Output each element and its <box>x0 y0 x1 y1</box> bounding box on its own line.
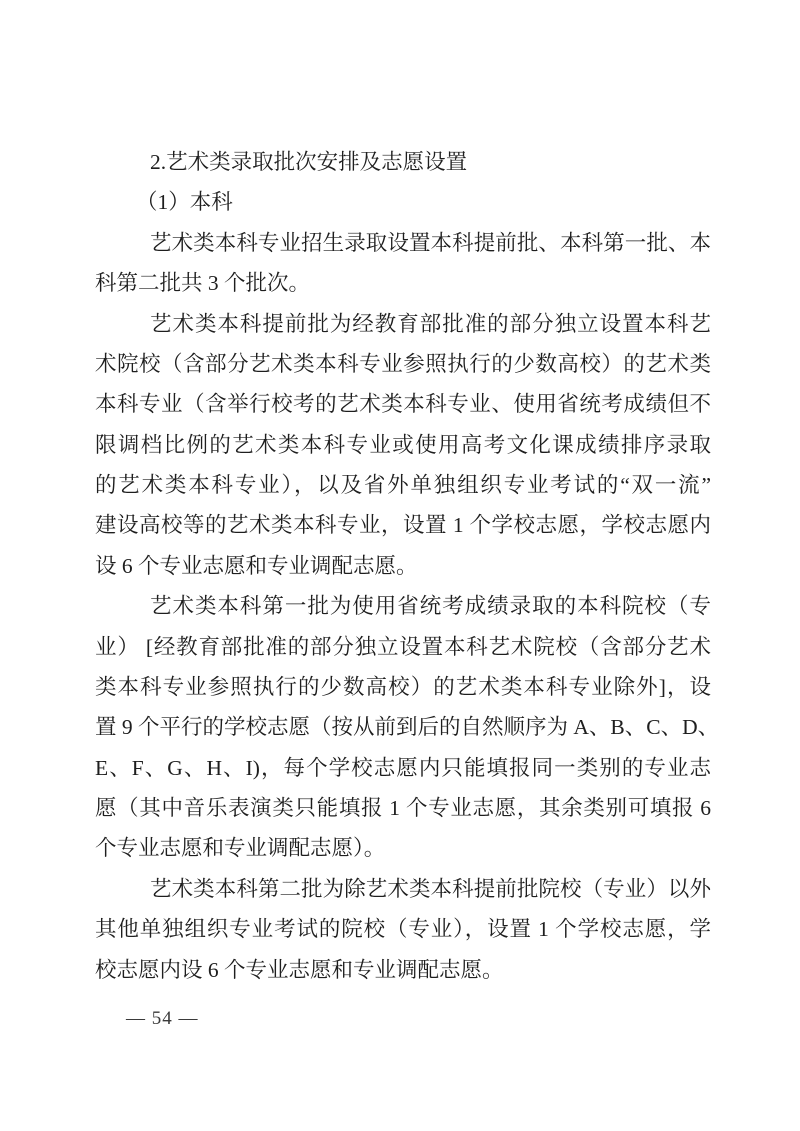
body-line: 设 6 个专业志愿和专业调配志愿。 <box>95 546 711 586</box>
body-line: 科第二批共 3 个批次。 <box>95 263 711 303</box>
body-line: 术院校（含部分艺术类本科专业参照执行的少数高校）的艺术类 <box>95 344 711 384</box>
body-line: 限调档比例的艺术类本科专业或使用高考文化课成绩排序录取 <box>95 425 711 465</box>
body-line: 类本科专业参照执行的少数高校）的艺术类本科专业除外]，设 <box>95 667 711 707</box>
body-line: 艺术类本科第一批为使用省统考成绩录取的本科院校（专 <box>95 586 711 626</box>
subsection-heading: （1）本科 <box>95 182 711 222</box>
document-page: 2.艺术类录取批次安排及志愿设置（1）本科艺术类本科专业招生录取设置本科提前批、… <box>0 0 800 1131</box>
body-line: 艺术类本科专业招生录取设置本科提前批、本科第一批、本 <box>95 223 711 263</box>
body-line: E、F、G、H、I)，每个学校志愿内只能填报同一类别的专业志 <box>95 748 711 788</box>
body-text: 2.艺术类录取批次安排及志愿设置（1）本科艺术类本科专业招生录取设置本科提前批、… <box>95 142 711 990</box>
body-line: 校志愿内设 6 个专业志愿和专业调配志愿。 <box>95 950 711 990</box>
body-line: 其他单独组织专业考试的院校（专业），设置 1 个学校志愿，学 <box>95 909 711 949</box>
body-line: 艺术类本科第二批为除艺术类本科提前批院校（专业）以外 <box>95 869 711 909</box>
body-line: 艺术类本科提前批为经教育部批准的部分独立设置本科艺 <box>95 304 711 344</box>
body-line: 愿（其中音乐表演类只能填报 1 个专业志愿，其余类别可填报 6 <box>95 788 711 828</box>
body-line: 的艺术类本科专业），以及省外单独组织专业考试的“双一流” <box>95 465 711 505</box>
section-heading: 2.艺术类录取批次安排及志愿设置 <box>95 142 711 182</box>
body-line: 本科专业（含举行校考的艺术类本科专业、使用省统考成绩但不 <box>95 384 711 424</box>
page-footer: — 54 — <box>126 1008 199 1030</box>
body-line: 建设高校等的艺术类本科专业，设置 1 个学校志愿，学校志愿内 <box>95 505 711 545</box>
body-line: 个专业志愿和专业调配志愿）。 <box>95 828 711 868</box>
page-number: — 54 — <box>126 1008 199 1029</box>
body-line: 置 9 个平行的学校志愿（按从前到后的自然顺序为 A、B、C、D、 <box>95 707 711 747</box>
body-line: 业） [经教育部批准的部分独立设置本科艺术院校（含部分艺术 <box>95 627 711 667</box>
